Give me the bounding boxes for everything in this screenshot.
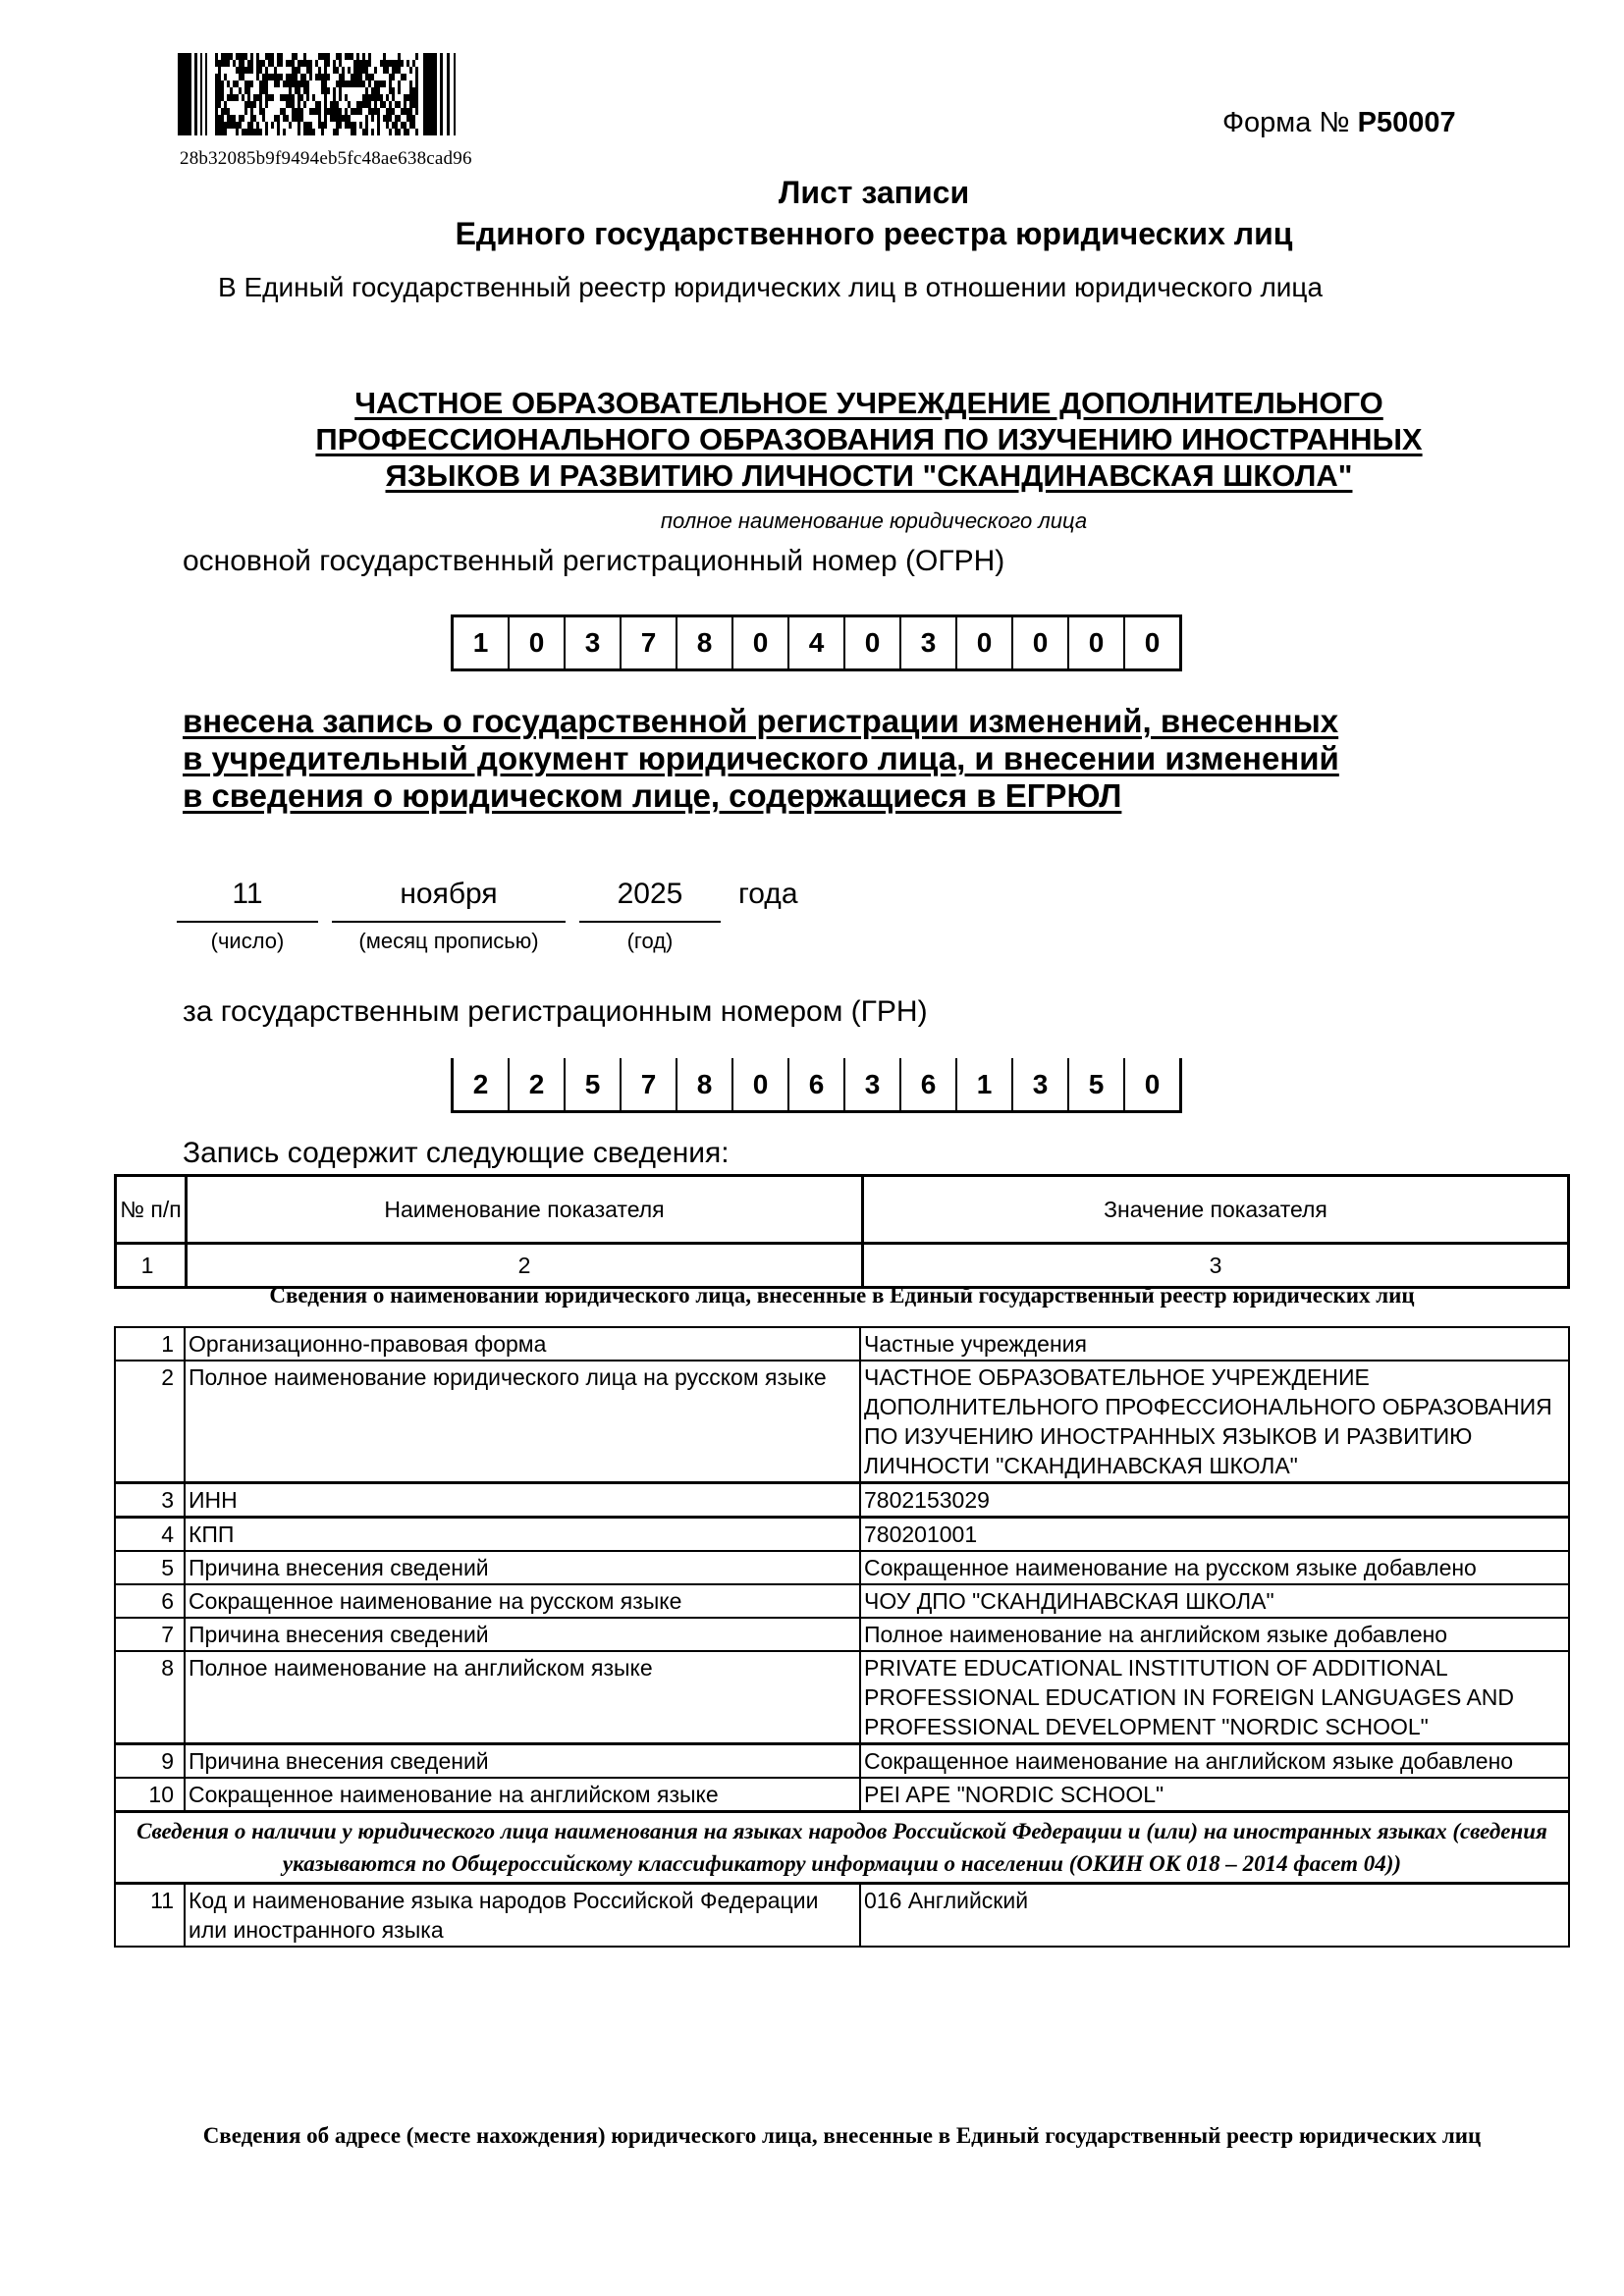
col-value-header: Значение показателя bbox=[863, 1176, 1569, 1244]
contents-label: Запись содержит следующие сведения: bbox=[183, 1137, 730, 1170]
digit-cell: 2 bbox=[510, 1058, 566, 1110]
records-table: 1Организационно-правовая формаЧастные уч… bbox=[114, 1326, 1570, 1948]
date-month: ноября bbox=[332, 878, 566, 921]
row-name: Причина внесения сведений bbox=[185, 1618, 860, 1651]
table-row: 2Полное наименование юридического лица н… bbox=[115, 1361, 1569, 1483]
digit-cell: 0 bbox=[1125, 1058, 1179, 1110]
record-description: внесена запись о государственной регистр… bbox=[183, 703, 1518, 815]
table-row: 1Организационно-правовая формаЧастные уч… bbox=[115, 1327, 1569, 1361]
row-number: 11 bbox=[115, 1884, 185, 1948]
section-heading-name: Сведения о наименовании юридического лиц… bbox=[114, 1279, 1570, 1311]
grn-label: за государственным регистрационным номер… bbox=[183, 995, 928, 1029]
grn-digit-box: 2257806361350 bbox=[451, 1058, 1182, 1113]
digit-cell: 0 bbox=[1013, 617, 1069, 668]
date-day-field: 11 (число) bbox=[177, 878, 318, 954]
record-line: в учредительный документ юридического ли… bbox=[183, 740, 1518, 777]
table-row: 8Полное наименование на английском языке… bbox=[115, 1651, 1569, 1744]
org-name-line: ПРОФЕССИОНАЛЬНОГО ОБРАЗОВАНИЯ ПО ИЗУЧЕНИ… bbox=[196, 421, 1542, 457]
row-number: 6 bbox=[115, 1584, 185, 1618]
table-row: 9Причина внесения сведенийСокращенное на… bbox=[115, 1744, 1569, 1779]
row-number: 9 bbox=[115, 1744, 185, 1779]
row-value: ЧОУ ДПО "СКАНДИНАВСКАЯ ШКОЛА" bbox=[860, 1584, 1569, 1618]
col-name-header: Наименование показателя bbox=[187, 1176, 863, 1244]
table-row: 11Код и наименование языка народов Росси… bbox=[115, 1884, 1569, 1948]
table-row: 3ИНН7802153029 bbox=[115, 1483, 1569, 1518]
digit-cell: 8 bbox=[677, 1058, 733, 1110]
digit-cell: 0 bbox=[845, 617, 901, 668]
digit-cell: 3 bbox=[566, 617, 622, 668]
row-value: 016 Английский bbox=[860, 1884, 1569, 1948]
digit-cell: 3 bbox=[845, 1058, 901, 1110]
subsection-row: Сведения о наличии у юридического лица н… bbox=[115, 1812, 1569, 1884]
row-name: Причина внесения сведений bbox=[185, 1551, 860, 1584]
digit-cell: 0 bbox=[733, 1058, 789, 1110]
form-label: Форма № bbox=[1222, 107, 1350, 138]
ogrn-label: основной государственный регистрационный… bbox=[183, 545, 1004, 578]
row-number: 4 bbox=[115, 1518, 185, 1552]
row-value: 7802153029 bbox=[860, 1483, 1569, 1518]
date-day: 11 bbox=[177, 878, 318, 921]
ogrn-digit-box: 1037804030000 bbox=[451, 614, 1182, 671]
date-year-field: 2025 (год) bbox=[579, 878, 721, 954]
row-name: КПП bbox=[185, 1518, 860, 1552]
row-value: Сокращенное наименование на английском я… bbox=[860, 1744, 1569, 1779]
row-name: Причина внесения сведений bbox=[185, 1744, 860, 1779]
digit-cell: 0 bbox=[1125, 617, 1179, 668]
row-name: Код и наименование языка народов Российс… bbox=[185, 1884, 860, 1948]
record-line: внесена запись о государственной регистр… bbox=[183, 703, 1518, 740]
row-value: PEI APE "NORDIC SCHOOL" bbox=[860, 1778, 1569, 1812]
row-number: 8 bbox=[115, 1651, 185, 1744]
row-name: ИНН bbox=[185, 1483, 860, 1518]
row-number: 2 bbox=[115, 1361, 185, 1483]
digit-cell: 3 bbox=[901, 617, 957, 668]
date-month-caption: (месяц прописью) bbox=[332, 929, 566, 954]
digit-cell: 5 bbox=[566, 1058, 622, 1110]
pdf417-barcode-icon bbox=[178, 53, 458, 135]
page-title: Лист записи bbox=[147, 175, 1600, 211]
row-number: 5 bbox=[115, 1551, 185, 1584]
form-code: Р50007 bbox=[1358, 107, 1456, 138]
divider bbox=[579, 921, 721, 923]
row-value: PRIVATE EDUCATIONAL INSTITUTION OF ADDIT… bbox=[860, 1651, 1569, 1744]
table-row: 7Причина внесения сведенийПолное наимено… bbox=[115, 1618, 1569, 1651]
divider bbox=[177, 921, 318, 923]
row-value: Частные учреждения bbox=[860, 1327, 1569, 1361]
row-value: ЧАСТНОЕ ОБРАЗОВАТЕЛЬНОЕ УЧРЕЖДЕНИЕ ДОПОЛ… bbox=[860, 1361, 1569, 1483]
col-num-header: № п/п bbox=[116, 1176, 187, 1244]
table-row: 4КПП780201001 bbox=[115, 1518, 1569, 1552]
row-name: Организационно-правовая форма bbox=[185, 1327, 860, 1361]
row-name: Полное наименование на английском языке bbox=[185, 1651, 860, 1744]
digit-cell: 7 bbox=[622, 1058, 677, 1110]
row-number: 7 bbox=[115, 1618, 185, 1651]
date-year-caption: (год) bbox=[579, 929, 721, 954]
table-row: 6Сокращенное наименование на русском язы… bbox=[115, 1584, 1569, 1618]
digit-cell: 0 bbox=[1069, 617, 1125, 668]
intro-text: В Единый государственный реестр юридичес… bbox=[179, 271, 1455, 303]
table-row: 5Причина внесения сведенийСокращенное на… bbox=[115, 1551, 1569, 1584]
row-value: 780201001 bbox=[860, 1518, 1569, 1552]
digit-cell: 0 bbox=[733, 617, 789, 668]
row-value: Полное наименование на английском языке … bbox=[860, 1618, 1569, 1651]
org-name-line: ЯЗЫКОВ И РАЗВИТИЮ ЛИЧНОСТИ "СКАНДИНАВСКА… bbox=[196, 457, 1542, 494]
org-name-line: ЧАСТНОЕ ОБРАЗОВАТЕЛЬНОЕ УЧРЕЖДЕНИЕ ДОПОЛ… bbox=[196, 385, 1542, 421]
digit-cell: 5 bbox=[1069, 1058, 1125, 1110]
digit-cell: 6 bbox=[789, 1058, 845, 1110]
divider bbox=[332, 921, 566, 923]
digit-cell: 6 bbox=[901, 1058, 957, 1110]
date-year: 2025 bbox=[579, 878, 721, 921]
section-heading-address: Сведения об адресе (месте нахождения) юр… bbox=[114, 2119, 1570, 2152]
digit-cell: 0 bbox=[957, 617, 1013, 668]
digit-cell: 2 bbox=[454, 1058, 510, 1110]
digit-cell: 0 bbox=[510, 617, 566, 668]
row-number: 3 bbox=[115, 1483, 185, 1518]
organization-full-name: ЧАСТНОЕ ОБРАЗОВАТЕЛЬНОЕ УЧРЕЖДЕНИЕ ДОПОЛ… bbox=[196, 385, 1542, 494]
digit-cell: 4 bbox=[789, 617, 845, 668]
row-value: Сокращенное наименование на русском язык… bbox=[860, 1551, 1569, 1584]
org-name-caption: полное наименование юридического лица bbox=[147, 508, 1600, 534]
date-day-caption: (число) bbox=[177, 929, 318, 954]
barcode-hash: 28b32085b9f9494eb5fc48ae638cad96 bbox=[180, 148, 472, 170]
page-subtitle: Единого государственного реестра юридиче… bbox=[147, 216, 1600, 252]
row-name: Сокращенное наименование на русском язык… bbox=[185, 1584, 860, 1618]
date-suffix: года bbox=[738, 878, 798, 911]
table-row: 10Сокращенное наименование на английском… bbox=[115, 1778, 1569, 1812]
row-name: Полное наименование юридического лица на… bbox=[185, 1361, 860, 1483]
records-table-header: № п/п Наименование показателя Значение п… bbox=[114, 1174, 1570, 1289]
row-number: 10 bbox=[115, 1778, 185, 1812]
date-month-field: ноября (месяц прописью) bbox=[332, 878, 566, 954]
subsection-heading-languages: Сведения о наличии у юридического лица н… bbox=[115, 1812, 1569, 1884]
record-line: в сведения о юридическом лице, содержащи… bbox=[183, 777, 1518, 815]
row-number: 1 bbox=[115, 1327, 185, 1361]
digit-cell: 8 bbox=[677, 617, 733, 668]
digit-cell: 3 bbox=[1013, 1058, 1069, 1110]
row-name: Сокращенное наименование на английском я… bbox=[185, 1778, 860, 1812]
digit-cell: 1 bbox=[957, 1058, 1013, 1110]
digit-cell: 7 bbox=[622, 617, 677, 668]
digit-cell: 1 bbox=[454, 617, 510, 668]
form-number: Форма № Р50007 bbox=[1222, 107, 1456, 139]
